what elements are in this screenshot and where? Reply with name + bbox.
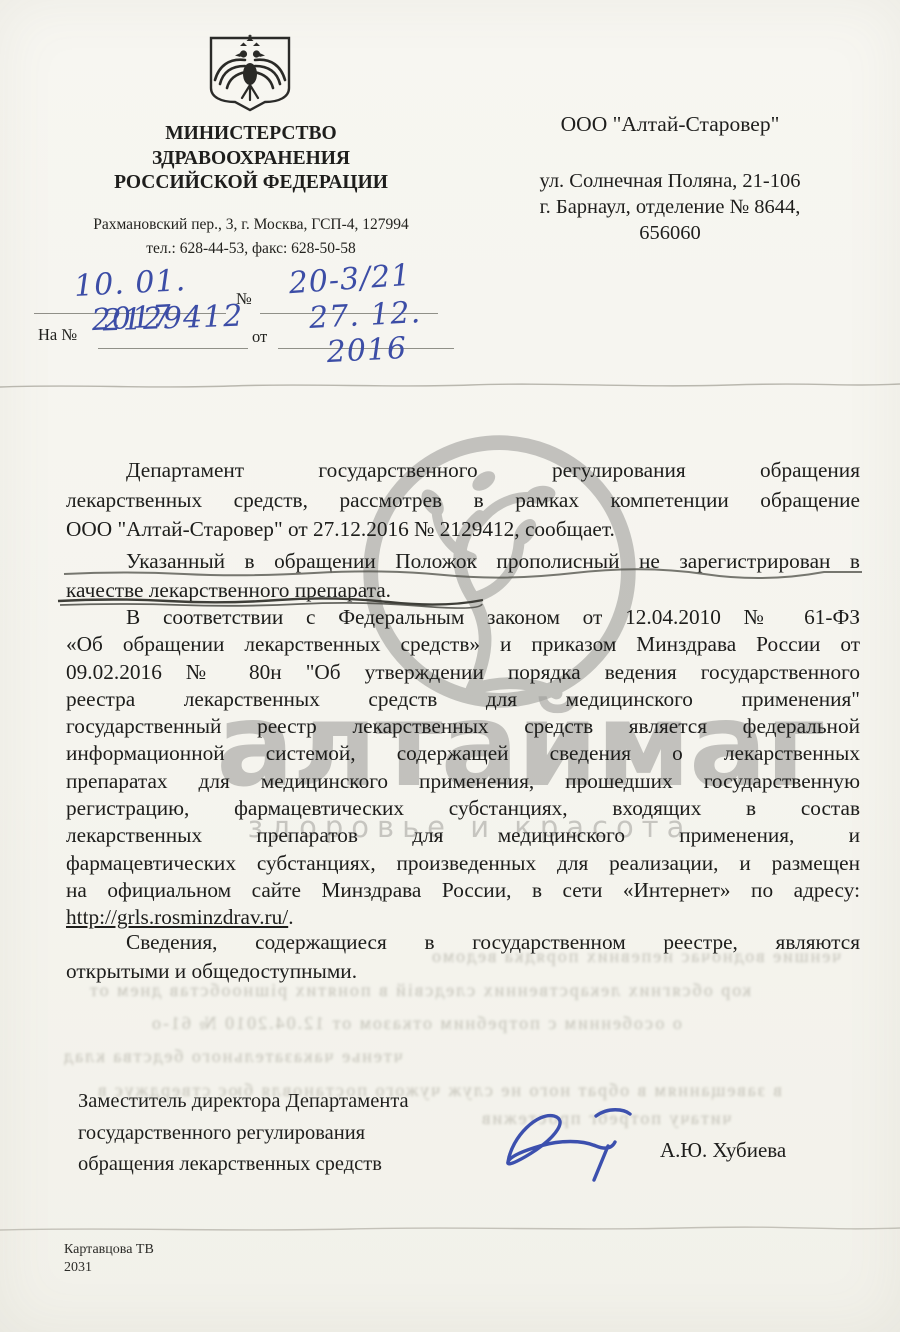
recipient-address-line: г. Барнаул, отделение № 8644, — [460, 194, 880, 220]
ministry-phone-fax: тел.: 628-44-53, факс: 628-50-58 — [70, 240, 432, 258]
recipient-organization: ООО "Алтай-Старовер" — [470, 112, 870, 137]
executor-block: Картавцова ТВ 2031 — [64, 1241, 154, 1276]
signer-title-line: Заместитель директора Департамента — [78, 1086, 498, 1118]
bleedthrough-line: чтенье чаказательного бедства клад — [62, 1046, 403, 1067]
body-line: Сведения, содержащиеся в государственном… — [66, 928, 860, 957]
signer-title: Заместитель директора Департамента госуд… — [78, 1086, 498, 1181]
blue-ink-signature-icon — [492, 1098, 662, 1190]
reply-date-handwritten: 27. 12. 2016 — [278, 294, 453, 373]
ministry-name: МИНИСТЕРСТВО ЗДРАВООХРАНЕНИЯ РОССИЙСКОЙ … — [70, 122, 432, 196]
pen-underline-marks — [0, 564, 900, 614]
body-line: открытыми и общедоступными. — [66, 957, 860, 986]
ministry-name-line: РОССИЙСКОЙ ФЕДЕРАЦИИ — [70, 171, 432, 196]
body-line: на официальном сайте Минздрава России, в… — [66, 877, 860, 904]
body-line: реестра лекарственных средств для медици… — [66, 686, 860, 713]
body-line: 09.02.2016 № 80н "Об утверждении порядка… — [66, 659, 860, 686]
recipient-address: ул. Солнечная Поляна, 21-106 г. Барнаул,… — [460, 168, 880, 246]
body-line: фармацевтических субстанциях, произведен… — [66, 850, 860, 877]
recipient-address-line: 656060 — [460, 220, 880, 246]
bleedthrough-line: о особенним с потребним отказом от 12.04… — [150, 1013, 682, 1034]
reply-number-handwritten: 2129412 — [99, 298, 246, 338]
fold-crease-top — [0, 378, 900, 394]
signer-name: А.Ю. Хубиева — [660, 1138, 840, 1163]
executor-phone: 2031 — [64, 1259, 154, 1277]
body-line: государственный реестр лекарственных сре… — [66, 713, 860, 740]
scanned-letter-page: ченшие водночас непевних порядка ведомо … — [0, 0, 900, 1332]
body-line: лекарственных препаратов для медицинског… — [66, 822, 860, 849]
body-line: Департамент государственного регулирован… — [66, 456, 860, 486]
body-line: ООО "Алтай-Старовер" от 27.12.2016 № 212… — [66, 515, 860, 545]
registry-url-text: http://grls.rosminzdrav.ru/ — [66, 905, 288, 929]
ministry-name-line: МИНИСТЕРСТВО — [70, 122, 432, 147]
fold-crease-bottom — [0, 1222, 900, 1238]
body-line: «Об обращении лекарственных средств» и п… — [66, 631, 860, 658]
body-line: лекарственных средств, рассмотрев в рамк… — [66, 486, 860, 516]
recipient-address-line: ул. Солнечная Поляна, 21-106 — [460, 168, 880, 194]
url-period: . — [288, 905, 293, 929]
paragraph-legal-basis: В соответствии с Федеральным законом от … — [66, 604, 860, 932]
signer-title-line: государственного регулирования — [78, 1118, 498, 1150]
body-line: регистрацию, фармацевтических субстанция… — [66, 795, 860, 822]
body-line: информационной системой, содержащей свед… — [66, 740, 860, 767]
executor-name: Картавцова ТВ — [64, 1241, 154, 1259]
paragraph-intro: Департамент государственного регулирован… — [66, 456, 860, 545]
ministry-address: Рахмановский пер., 3, г. Москва, ГСП-4, … — [70, 216, 432, 234]
paragraph-closing: Сведения, содержащиеся в государственном… — [66, 928, 860, 986]
from-label: от — [252, 327, 267, 347]
signer-title-line: обращения лекарственных средств — [78, 1149, 498, 1181]
coat-of-arms-icon — [202, 34, 298, 114]
ministry-name-line: ЗДРАВООХРАНЕНИЯ — [70, 147, 432, 172]
ruled-line — [98, 348, 248, 349]
body-line: препаратах для медицинского применения, … — [66, 768, 860, 795]
